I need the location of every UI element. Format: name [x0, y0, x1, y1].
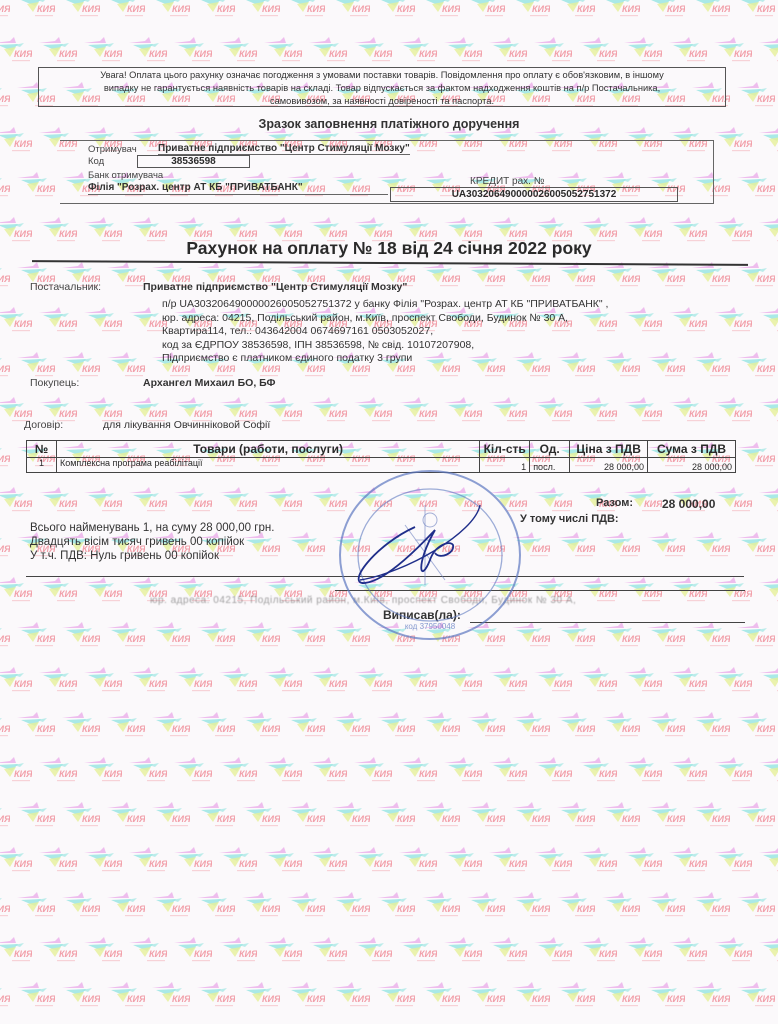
- row-price: 28 000,00: [570, 458, 648, 473]
- total-value: 28 000,00: [662, 497, 715, 511]
- buyer-label: Покупець:: [30, 377, 79, 389]
- col-header-unit: Од.: [530, 441, 570, 458]
- invoice-title: Рахунок на оплату № 18 від 24 січня 2022…: [0, 238, 778, 259]
- title-divider: [32, 260, 748, 266]
- supplier-line: код за ЄДРПОУ 38536598, ІПН 38536598, № …: [162, 339, 608, 353]
- col-header-qty: Кіл-сть: [480, 441, 530, 458]
- code-label: Код: [88, 156, 104, 167]
- notice-line-3: самовивозом, за наявності довіреності та…: [39, 95, 725, 108]
- table-header-row: № Товари (работи, послуги) Кіл-сть Од. Ц…: [27, 441, 736, 458]
- supplier-line: юр. адреса: 04215, Подільський район, м.…: [162, 312, 608, 326]
- stamp-code: код 37950048: [405, 622, 456, 631]
- vat-label: У тому числі ПДВ:: [520, 513, 619, 525]
- bank-underline: [88, 194, 388, 195]
- row-no: 1: [27, 458, 57, 473]
- supplier-line: п/р UA303206490000026005052751372 у банк…: [162, 298, 608, 312]
- summary-block: Всього найменувань 1, на суму 28 000,00 …: [30, 521, 274, 563]
- credit-account-value: UA303206490000026005052751372: [390, 187, 678, 202]
- stamp-seal-icon: код 37950048: [335, 465, 525, 645]
- summary-vat-line: У т.ч. ПДВ: Нуль гривень 00 копійок: [30, 549, 274, 563]
- summary-count-line: Всього найменувань 1, на суму 28 000,00 …: [30, 521, 274, 535]
- recipient-label: Отримувач: [88, 144, 137, 155]
- total-label: Разом:: [596, 497, 633, 509]
- supplier-details: п/р UA303206490000026005052751372 у банк…: [162, 298, 608, 366]
- payment-sample-title: Зразок заповнення платіжного доручення: [0, 117, 778, 131]
- notice-line-1: Увага! Оплата цього рахунку означає пого…: [39, 69, 725, 82]
- supplier-name: Приватне підприємство "Центр Стимуляції …: [143, 281, 407, 293]
- col-header-price: Ціна з ПДВ: [570, 441, 648, 458]
- credit-label: КРЕДИТ рах. №: [470, 176, 544, 187]
- buyer-value: Архангел Михаил БО, БФ: [143, 377, 276, 389]
- col-header-goods: Товари (работи, послуги): [56, 441, 479, 458]
- col-header-no: №: [27, 441, 57, 458]
- supplier-line: Підприємство є платником єдиного податку…: [162, 352, 608, 366]
- bank-label: Банк отримувача: [88, 170, 163, 181]
- contract-label: Договір:: [24, 419, 63, 431]
- row-sum: 28 000,00: [648, 458, 736, 473]
- company-stamp: код 37950048: [335, 465, 525, 645]
- payment-notice-box: Увага! Оплата цього рахунку означає пого…: [38, 67, 726, 107]
- supplier-label: Постачальник:: [30, 281, 101, 293]
- code-value: 38536598: [137, 155, 250, 168]
- summary-words-line: Двадцять вісім тисяч гривень 00 копійок: [30, 535, 274, 549]
- notice-line-2: випадку не гарантується наявність товарі…: [39, 82, 725, 95]
- bank-value: Філія "Розрах. центр АТ КБ "ПРИВАТБАНК": [88, 182, 303, 193]
- invoice-document: Увага! Оплата цього рахунку означає пого…: [0, 0, 778, 1024]
- supplier-line: Квартира114, тел.: 043642004 0674697161 …: [162, 325, 608, 339]
- recipient-value: Приватне підприємство "Центр Стимуляції …: [158, 143, 410, 155]
- row-unit: посл.: [530, 458, 570, 473]
- col-header-sum: Сума з ПДВ: [648, 441, 736, 458]
- contract-value: для лікування Овчинніковой Софії: [103, 419, 270, 431]
